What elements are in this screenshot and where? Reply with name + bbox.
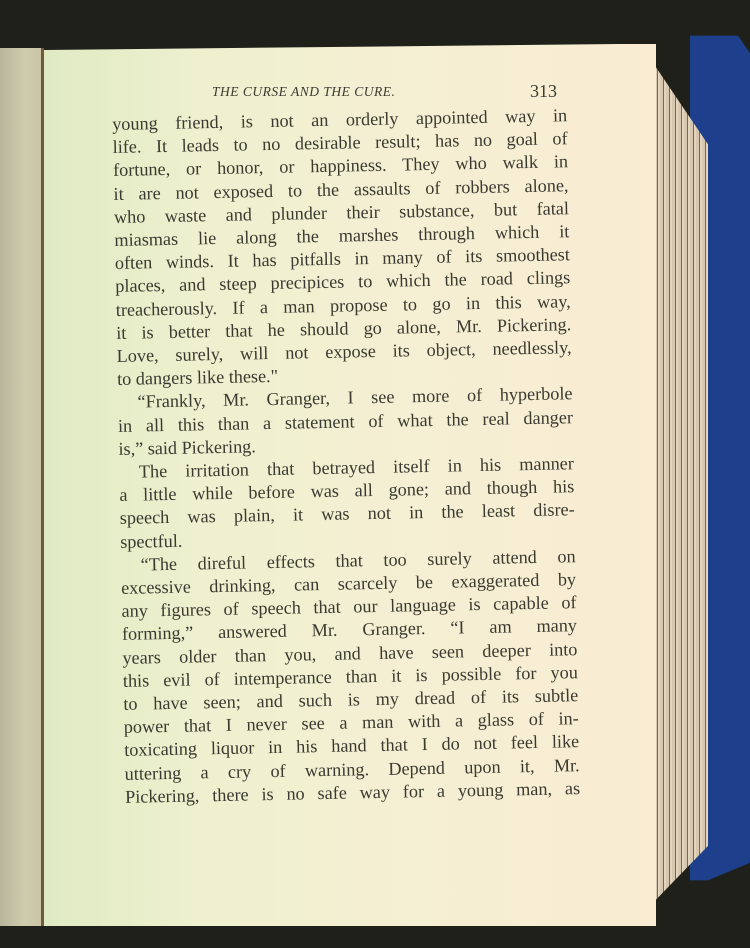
running-title: THE CURSE AND THE CURE. <box>212 84 395 99</box>
page-edges <box>648 20 708 908</box>
page-number: 313 <box>530 81 557 102</box>
page-header: THE CURSE AND THE CURE. 313 <box>212 84 557 101</box>
body-text: young friend, is not an orderly appointe… <box>112 104 580 809</box>
left-page-edge <box>0 48 42 926</box>
book-gutter <box>41 48 44 926</box>
